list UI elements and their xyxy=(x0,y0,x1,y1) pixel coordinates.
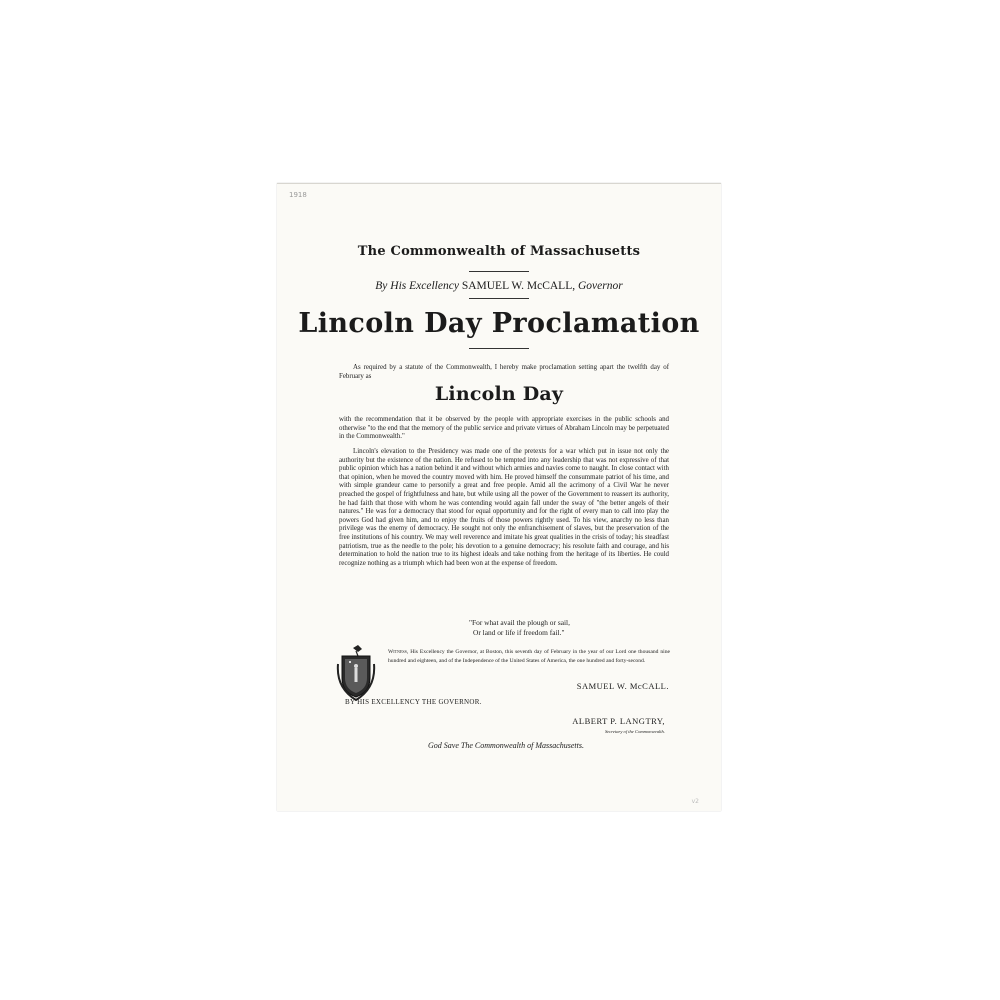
secretary-title: Secretary of the Commonwealth. xyxy=(605,729,665,734)
closing-line: God Save The Commonwealth of Massachuset… xyxy=(277,741,721,750)
body-paragraph: Lincoln's elevation to the Presidency wa… xyxy=(339,448,669,568)
lincoln-day-heading: Lincoln Day xyxy=(277,383,721,405)
witness-text: His Excellency the Governor, at Boston, … xyxy=(388,649,670,664)
governor-byline: By His Excellency SAMUEL W. McCALL, Gove… xyxy=(277,280,721,292)
proclamation-title: Lincoln Day Proclamation xyxy=(277,308,721,339)
divider-rule xyxy=(469,271,529,272)
divider-rule xyxy=(469,348,529,349)
proclamation-page: 1918 The Commonwealth of Massachusetts B… xyxy=(277,183,721,811)
byline-prefix: By His Excellency xyxy=(375,280,459,292)
poem-line: "For what avail the plough or sail, xyxy=(469,618,570,628)
governor-signature: SAMUEL W. McCALL. xyxy=(577,681,669,691)
corner-annotation: v2 xyxy=(692,798,699,805)
witness-paragraph: Witness, His Excellency the Governor, at… xyxy=(388,648,670,666)
poem-quote: "For what avail the plough or sail, Or l… xyxy=(469,618,570,637)
secretary-signature: ALBERT P. LANGTRY, xyxy=(572,716,665,726)
governor-name: SAMUEL W. McCALL, xyxy=(462,280,575,292)
intro-paragraph: As required by a statute of the Commonwe… xyxy=(339,364,669,381)
poem-line: Or land or life if freedom fail." xyxy=(469,628,570,638)
witness-lead: Witness, xyxy=(388,649,408,655)
state-seal-icon xyxy=(336,644,376,702)
commonwealth-heading: The Commonwealth of Massachusetts xyxy=(277,244,721,259)
by-governor-line: BY HIS EXCELLENCY THE GOVERNOR. xyxy=(345,698,482,706)
recommendation-paragraph: with the recommendation that it be obser… xyxy=(339,416,669,442)
governor-title: Governor xyxy=(578,280,623,292)
pencil-annotation: 1918 xyxy=(289,191,307,199)
divider-rule xyxy=(469,298,529,299)
